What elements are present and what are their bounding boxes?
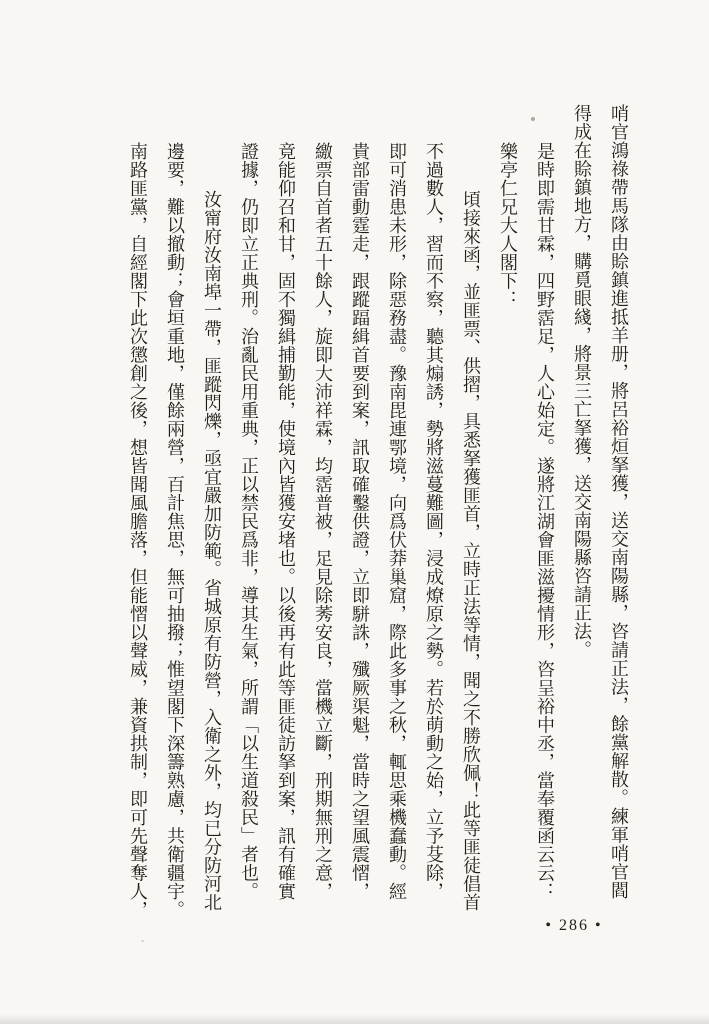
text-column-7: 即可消患未形，除惡務盡。豫南毘連鄂境，向爲伏莽巢窟，際此多事之秋，輒思乘機蠢動。… (378, 104, 415, 956)
text-column-4: 樂亭仁兄大人閣下： (489, 104, 526, 956)
scanned-book-page: 哨官鴻祿帶馬隊由賒鎮進抵羊册，將呂裕烜拏獲，送交南陽縣，咨請正法，餘黨解散。練軍… (0, 0, 709, 1024)
scan-speckle (531, 117, 535, 121)
scan-edge-shadow (0, 1014, 709, 1024)
letter-text-block: 哨官鴻祿帶馬隊由賒鎮進抵羊册，將呂裕烜拏獲，送交南陽縣，咨請正法，餘黨解散。練軍… (119, 104, 637, 956)
text-column-6: 不過數人，習而不察，聽其煽誘，勢將滋蔓難圖，浸成燎原之勢。若於萌動之始，立予芟除… (415, 104, 452, 956)
text-column-10: 竟能仰召和甘，固不獨緝捕勤能，使境內皆獲安堵也。以後再有此等匪徒訪拏到案，訊有確… (267, 104, 304, 956)
text-column-13: 邊要，難以撤動；會垣重地，僅餘兩營，百計焦思，無可抽撥；惟望閣下深籌熟慮，共衛疆… (156, 104, 193, 956)
scan-speckle (141, 940, 144, 942)
scan-speckle (366, 698, 369, 701)
text-column-8: 貴部雷動霆走，跟蹤踾緝首要到案，訊取確鑿供證，立即駢誅，殲厥渠魁，當時之望風震慴… (341, 104, 378, 956)
text-column-5: 頃接來函，並匪票、供摺，具悉拏獲匪首，立時正法等情，聞之不勝欣佩！此等匪徒倡首 (452, 104, 489, 956)
text-column-12: 汝甯府汝南埠一帶，匪蹤閃爍，亟宜嚴加防範。省城原有防營，入衛之外，均已分防河北 (193, 104, 230, 956)
text-column-2: 得成在賒鎮地方，購覓眼綫，將景三亡拏獲，送交南陽縣咨請正法。 (563, 104, 600, 956)
text-column-3: 是時即需甘霖，四野霑足，人心始定。遂將江湖會匪滋擾情形，咨呈裕中丞，當奉覆函云云… (526, 104, 563, 956)
page-number: • 286 • (536, 917, 612, 935)
text-column-9: 繳票自首者五十餘人，旋即大沛祥霖，均霑普被，足見除莠安良，當機立斷，刑期無刑之意… (304, 104, 341, 956)
text-column-1: 哨官鴻祿帶馬隊由賒鎮進抵羊册，將呂裕烜拏獲，送交南陽縣，咨請正法，餘黨解散。練軍… (600, 104, 637, 956)
text-column-14: 南路匪黨，自經閣下此次懲創之後，想皆聞風膽落，但能慴以聲威，兼資拱制，即可先聲奪… (119, 104, 156, 956)
text-column-11: 證據，仍即立正典刑。治亂民用重典，正以禁民爲非，導其生氣，所謂「以生道殺民」者也… (230, 104, 267, 956)
